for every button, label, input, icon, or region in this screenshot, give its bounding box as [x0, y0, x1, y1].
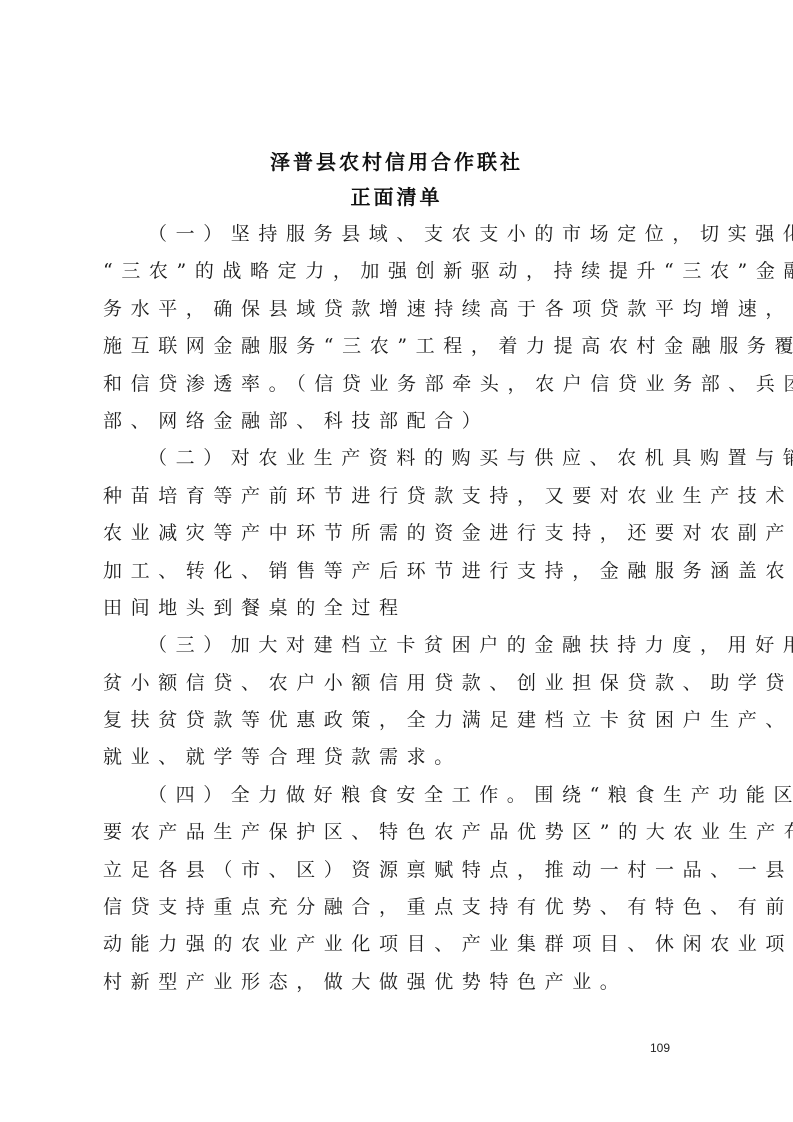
- document-body: （一）坚持服务县域、支农支小的市场定位，切实强化服务 “三农”的战略定力，加强创…: [103, 216, 703, 1001]
- document-subtitle: 正面清单: [0, 181, 793, 210]
- text-line: （二）对农业生产资料的购买与供应、农机具购置与销售、: [103, 440, 703, 477]
- document-page: 泽普县农村信用合作联社 正面清单 （一）坚持服务县域、支农支小的市场定位，切实强…: [0, 0, 793, 1122]
- text-line: 贫小额信贷、农户小额信用贷款、创业担保贷款、助学贷款、康: [103, 665, 703, 702]
- document-title: 泽普县农村信用合作联社: [0, 146, 793, 175]
- text-line: “三农”的战略定力，加强创新驱动，持续提升“三农”金融服: [103, 253, 703, 290]
- text-line: 动能力强的农业产业化项目、产业集群项目、休闲农业项目等农: [103, 926, 703, 963]
- text-line: 信贷支持重点充分融合，重点支持有优势、有特色、有前景、带: [103, 889, 703, 926]
- text-line: 农业减灾等产中环节所需的资金进行支持，还要对农副产品采摘、: [103, 515, 703, 552]
- text-line: 务水平，确保县域贷款增速持续高于各项贷款平均增速，积极实: [103, 291, 703, 328]
- page-number: 109: [650, 1041, 670, 1055]
- text-line: 田间地头到餐桌的全过程: [103, 590, 703, 627]
- text-line: 部、网络金融部、科技部配合）: [103, 403, 703, 440]
- text-line: 种苗培育等产前环节进行贷款支持，又要对农业生产技术服务、: [103, 478, 703, 515]
- text-line: 立足各县（市、区）资源禀赋特点，推动一村一品、一县一业与: [103, 852, 703, 889]
- text-line: （四）全力做好粮食安全工作。围绕“粮食生产功能区、重: [103, 777, 703, 814]
- text-line: 就业、就学等合理贷款需求。: [103, 739, 703, 776]
- text-line: （三）加大对建档立卡贫困户的金融扶持力度，用好用足扶: [103, 627, 703, 664]
- text-line: 复扶贫贷款等优惠政策，全力满足建档立卡贫困户生产、创业、: [103, 702, 703, 739]
- text-line: （一）坚持服务县域、支农支小的市场定位，切实强化服务: [103, 216, 703, 253]
- text-line: 加工、转化、销售等产后环节进行支持，金融服务涵盖农产品从: [103, 553, 703, 590]
- text-line: 和信贷渗透率。（信贷业务部牵头，农户信贷业务部、兵团业务: [103, 366, 703, 403]
- text-line: 村新型产业形态，做大做强优势特色产业。: [103, 964, 703, 1001]
- text-line: 施互联网金融服务“三农”工程，着力提高农村金融服务覆盖面: [103, 328, 703, 365]
- text-line: 要农产品生产保护区、特色农产品优势区”的大农业生产布局，: [103, 814, 703, 851]
